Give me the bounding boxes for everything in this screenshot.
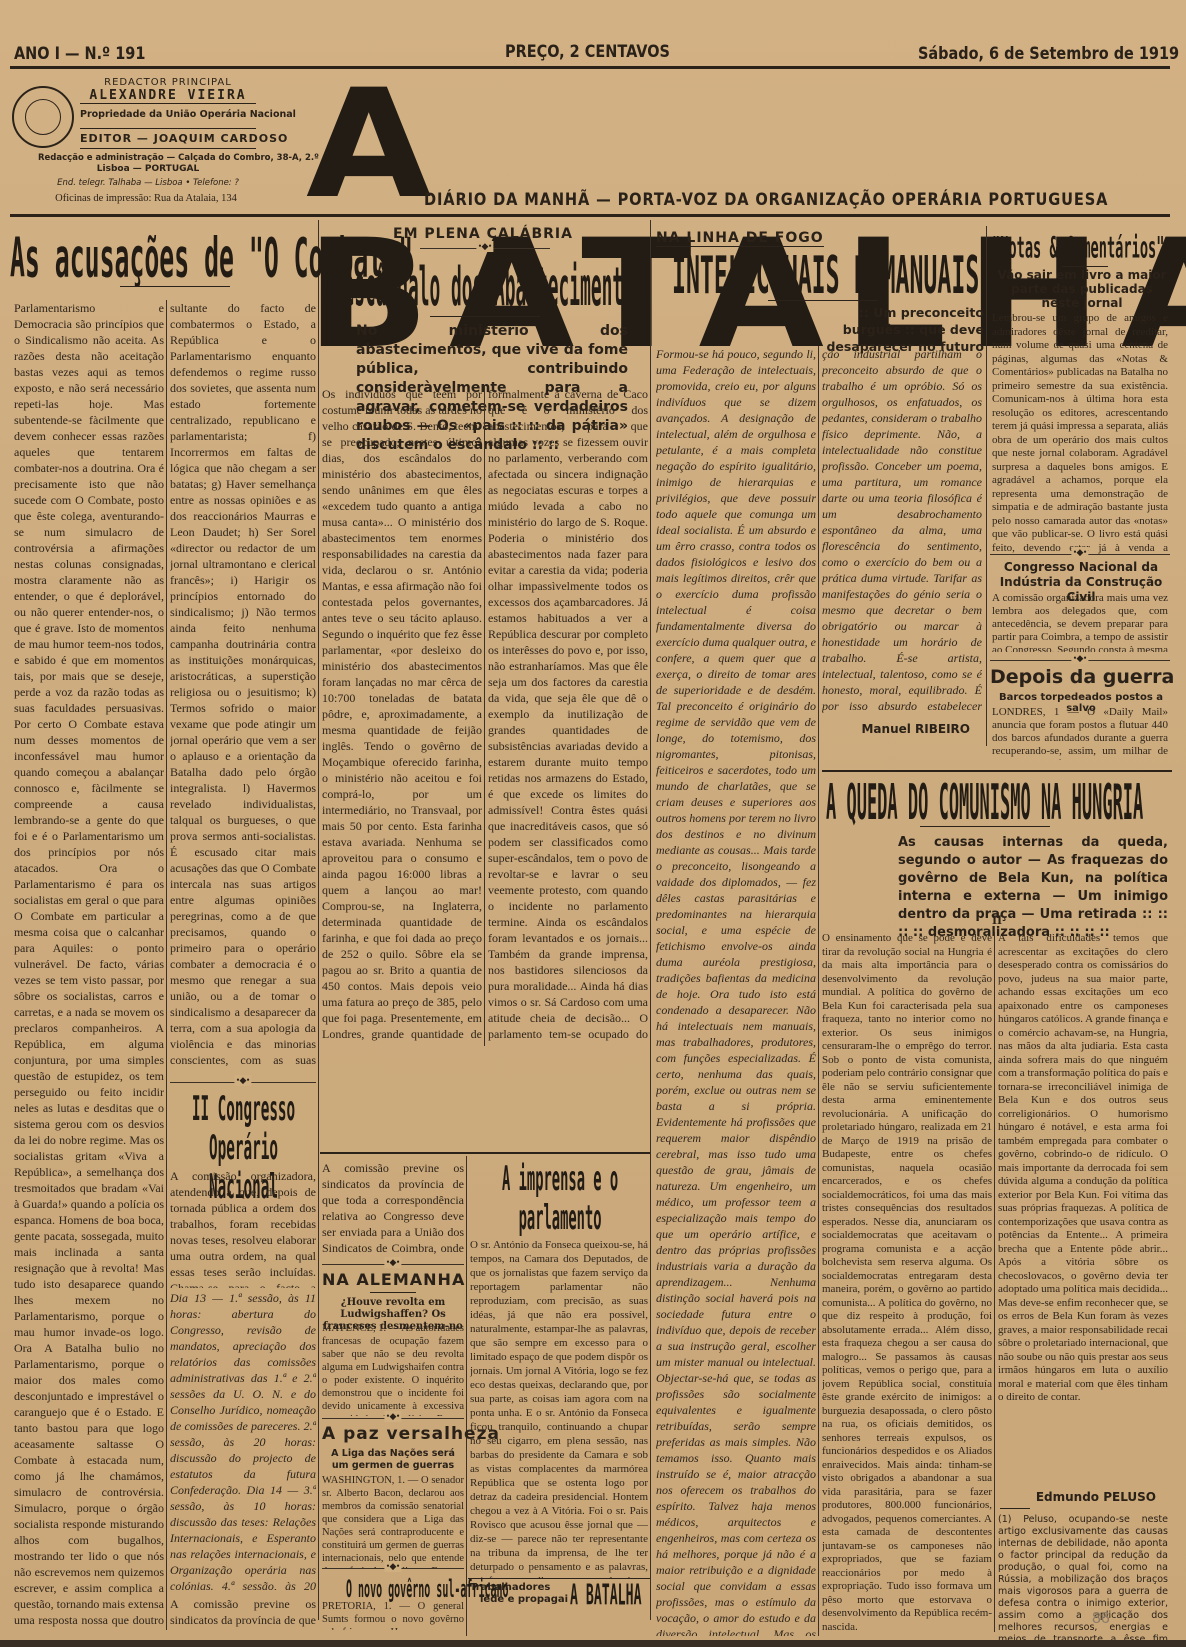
column-divider — [994, 932, 995, 1632]
ornament-divider — [420, 248, 550, 249]
abastecimentos-headline: O escândalo dos Abastecimentos — [322, 256, 645, 318]
union-seal-logo — [12, 86, 74, 148]
paz-body: WASHINGTON, 1. — O senador sr. Alberto B… — [322, 1474, 464, 1568]
hungria-col1: O ensinamento que se pode e deve tirar d… — [822, 932, 992, 1632]
masthead-subtitle: DIÁRIO DA MANHÃ — PORTA-VOZ DA ORGANIZAÇ… — [424, 190, 1108, 210]
hungria-col2: A tais dificuldades temos que acrescenta… — [998, 932, 1168, 1490]
alemanha-body: MAYENCE, 1. — As autoridades francesas d… — [322, 1322, 464, 1416]
divider — [920, 826, 1050, 827]
promo-line1: Trabalhadores — [470, 1582, 550, 1594]
newspaper-page: ANO I — N.º 191 PREÇO, 2 CENTAVOS Sábado… — [0, 0, 1186, 1647]
notas-body: Lembrou-se um grupo de amigos e admirado… — [992, 312, 1168, 556]
column-divider — [466, 1156, 467, 1636]
page-bottom-edge — [0, 1640, 1186, 1647]
section-rule — [822, 770, 1172, 772]
footnote-rule — [1000, 1508, 1030, 1509]
telegraph: End. telegr. Talhaba — Lisboa • Telefone… — [38, 177, 258, 190]
paz-headline: A paz versalheza — [322, 1424, 464, 1444]
congresso-closing: A comissão previne os sindicatos da prov… — [170, 1596, 316, 1628]
issue-date: Sábado, 6 de Setembro de 1919 — [918, 44, 1179, 64]
sul-africano-body: PRETORIA, 1. — O general Sumts formou o … — [322, 1600, 464, 1630]
abastecimentos-col2: formalmente a caverna de Caco que é o mi… — [488, 386, 648, 1046]
intelectuais-headline: INTELECTUAIS E MANUAIS — [672, 246, 979, 306]
divider — [370, 1292, 416, 1293]
depois-guerra-body: LONDRES, 1 — O «Daily Mail» anuncia que … — [992, 706, 1168, 760]
promo-brand: A BATALHA — [570, 1578, 642, 1612]
city: Lisboa — PORTUGAL — [38, 163, 258, 176]
paz-subhead: A Liga das Nações será um germen de guer… — [322, 1448, 464, 1472]
construcao-body: A comissão organizadora mais uma vez lem… — [992, 592, 1168, 652]
alemanha-headline: NA ALEMANHA — [322, 1270, 464, 1289]
ornament-divider — [322, 1264, 464, 1265]
promo-line2: lêde e propagai — [480, 1594, 568, 1606]
intelectuais-col1: Formou-se há pouco, segundo li, uma Fede… — [656, 346, 816, 1636]
handwritten-page-number: 86 — [1092, 1610, 1110, 1628]
ornament-divider — [322, 1568, 464, 1569]
ornament-divider — [322, 1418, 464, 1419]
hungria-author: Edmundo PELUSO — [998, 1490, 1156, 1504]
column-divider — [166, 300, 167, 1630]
divider — [120, 286, 230, 287]
combate-col1: Parlamentarismo e Democracia são princíp… — [14, 300, 164, 1630]
abastecimentos-col1: Os indivíduos que teem por costume reüni… — [322, 386, 482, 1046]
issue-number: ANO I — N.º 191 — [14, 44, 145, 64]
divider — [430, 316, 540, 317]
redactor-name: ALEXANDRE VIEIRA — [80, 88, 256, 104]
notas-headline: "Notas & Comentários" — [992, 232, 1164, 266]
column-divider — [986, 226, 987, 746]
imprensa-headline: A imprensa e o parlamento — [470, 1160, 650, 1238]
depois-guerra-headline: Depois da guerra — [990, 666, 1172, 688]
ornament-divider — [990, 554, 1170, 555]
price: PREÇO, 2 CENTAVOS — [505, 42, 670, 62]
intelectuais-author: Manuel RIBEIRO — [822, 722, 970, 736]
divider — [768, 300, 878, 301]
column-divider — [650, 220, 651, 1620]
column-divider — [318, 220, 319, 1620]
hungria-footnote: (1) Peluso, ocupando-se neste artigo exc… — [998, 1514, 1168, 1598]
editor: EDITOR — JOAQUIM CARDOSO — [80, 128, 256, 149]
imprensa-body: O sr. António da Fonseca queixou-se, há … — [470, 1238, 648, 1578]
congresso-continuation: A comissão previne os sindicatos da prov… — [322, 1160, 464, 1260]
printing-address: Oficinas de impressão: Rua da Atalaia, 1… — [30, 192, 262, 205]
ornament-divider — [170, 1082, 316, 1083]
intelectuais-col2: ção industrial partilham o preconceito a… — [822, 346, 982, 716]
congresso-body: A comissão organizadora, atendendo a que… — [170, 1168, 316, 1288]
ownership: Propriedade da União Operária Nacional — [80, 108, 256, 121]
section-rule — [320, 1152, 650, 1154]
abastecimentos-kicker: EM PLENA CALÁBRIA — [343, 226, 623, 242]
congresso-schedule: Dia 13 — 1.ª sessão, às 11 horas: abertu… — [170, 1290, 316, 1590]
combate-col2: sultante do facto de combatermos o Estad… — [170, 300, 316, 1072]
intelectuais-kicker: NA LINHA DE FOGO — [656, 230, 824, 247]
notas-deck: Vão sair em livro a maior parte das publ… — [992, 268, 1172, 310]
hungria-headline: A QUEDA DO COMUNISMO NA HUNGRIA — [826, 774, 1143, 832]
ornament-divider — [990, 660, 1170, 661]
top-rule — [10, 66, 1170, 69]
hungria-part-number: II — [822, 912, 1172, 928]
column-divider — [818, 346, 819, 1636]
divider — [1062, 266, 1108, 267]
masthead-bottom-rule — [10, 214, 1170, 217]
column-divider — [484, 386, 485, 1046]
